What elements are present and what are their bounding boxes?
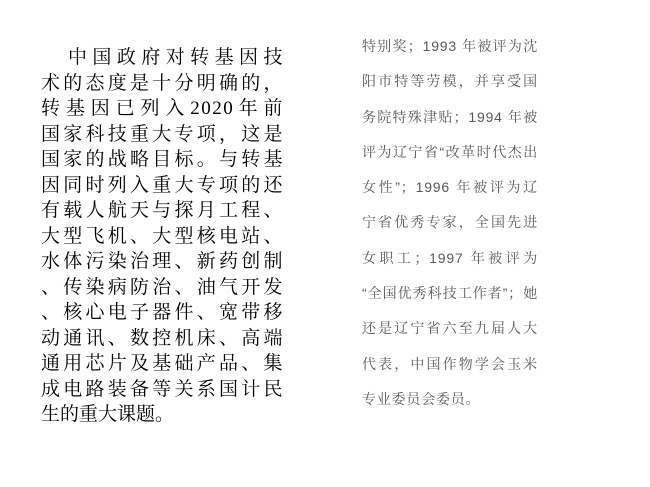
text-line: 通用芯片及基础产品、集 <box>41 351 284 377</box>
text-line: 动通讯、数控机床、高端 <box>41 326 284 352</box>
text-line: 有载人航天与探月工程、 <box>41 198 284 224</box>
text-line: 水体污染治理、新药创制 <box>41 249 284 275</box>
text-line: “全国优秀科技工作者”；她 <box>362 276 538 311</box>
text-line: 阳市特等劳模，并享受国 <box>362 64 538 99</box>
text-line: 宁省优秀专家，全国先进 <box>362 205 538 240</box>
text-line: 成电路装备等关系国计民 <box>41 377 284 403</box>
text-line: 因同时列入重大专项的还 <box>41 173 284 199</box>
text-line: 国家的战略目标。与转基 <box>41 147 284 173</box>
right-paragraph: 特别奖；1993 年被评为沈阳市特等劳模，并享受国务院特殊津贴；1994 年被评… <box>362 29 538 417</box>
text-line: 特别奖；1993 年被评为沈 <box>362 29 538 64</box>
text-line: 中国政府对转基因技 <box>41 45 284 71</box>
text-line: 生的重大课题。 <box>41 402 284 428</box>
text-line: 国家科技重大专项，这是 <box>41 122 284 148</box>
text-line: 转基因已列入2020年前 <box>41 96 284 122</box>
slide-page: 中国政府对转基因技术的态度是十分明确的，转基因已列入2020年前国家科技重大专项… <box>0 0 650 487</box>
text-line: 、传染病防治、油气开发 <box>41 275 284 301</box>
text-line: 代表，中国作物学会玉米 <box>362 347 538 382</box>
text-line: 女职工；1997 年被评为 <box>362 241 538 276</box>
text-line: 女性”；1996 年被评为辽 <box>362 170 538 205</box>
text-line: 务院特殊津贴；1994 年被 <box>362 100 538 135</box>
left-paragraph: 中国政府对转基因技术的态度是十分明确的，转基因已列入2020年前国家科技重大专项… <box>41 45 284 428</box>
text-line: 大型飞机、大型核电站、 <box>41 224 284 250</box>
text-line: 术的态度是十分明确的， <box>41 71 284 97</box>
text-line: 专业委员会委员。 <box>362 382 538 417</box>
text-line: 评为辽宁省“改革时代杰出 <box>362 135 538 170</box>
text-line: 还是辽宁省六至九届人大 <box>362 311 538 346</box>
text-line: 、核心电子器件、宽带移 <box>41 300 284 326</box>
